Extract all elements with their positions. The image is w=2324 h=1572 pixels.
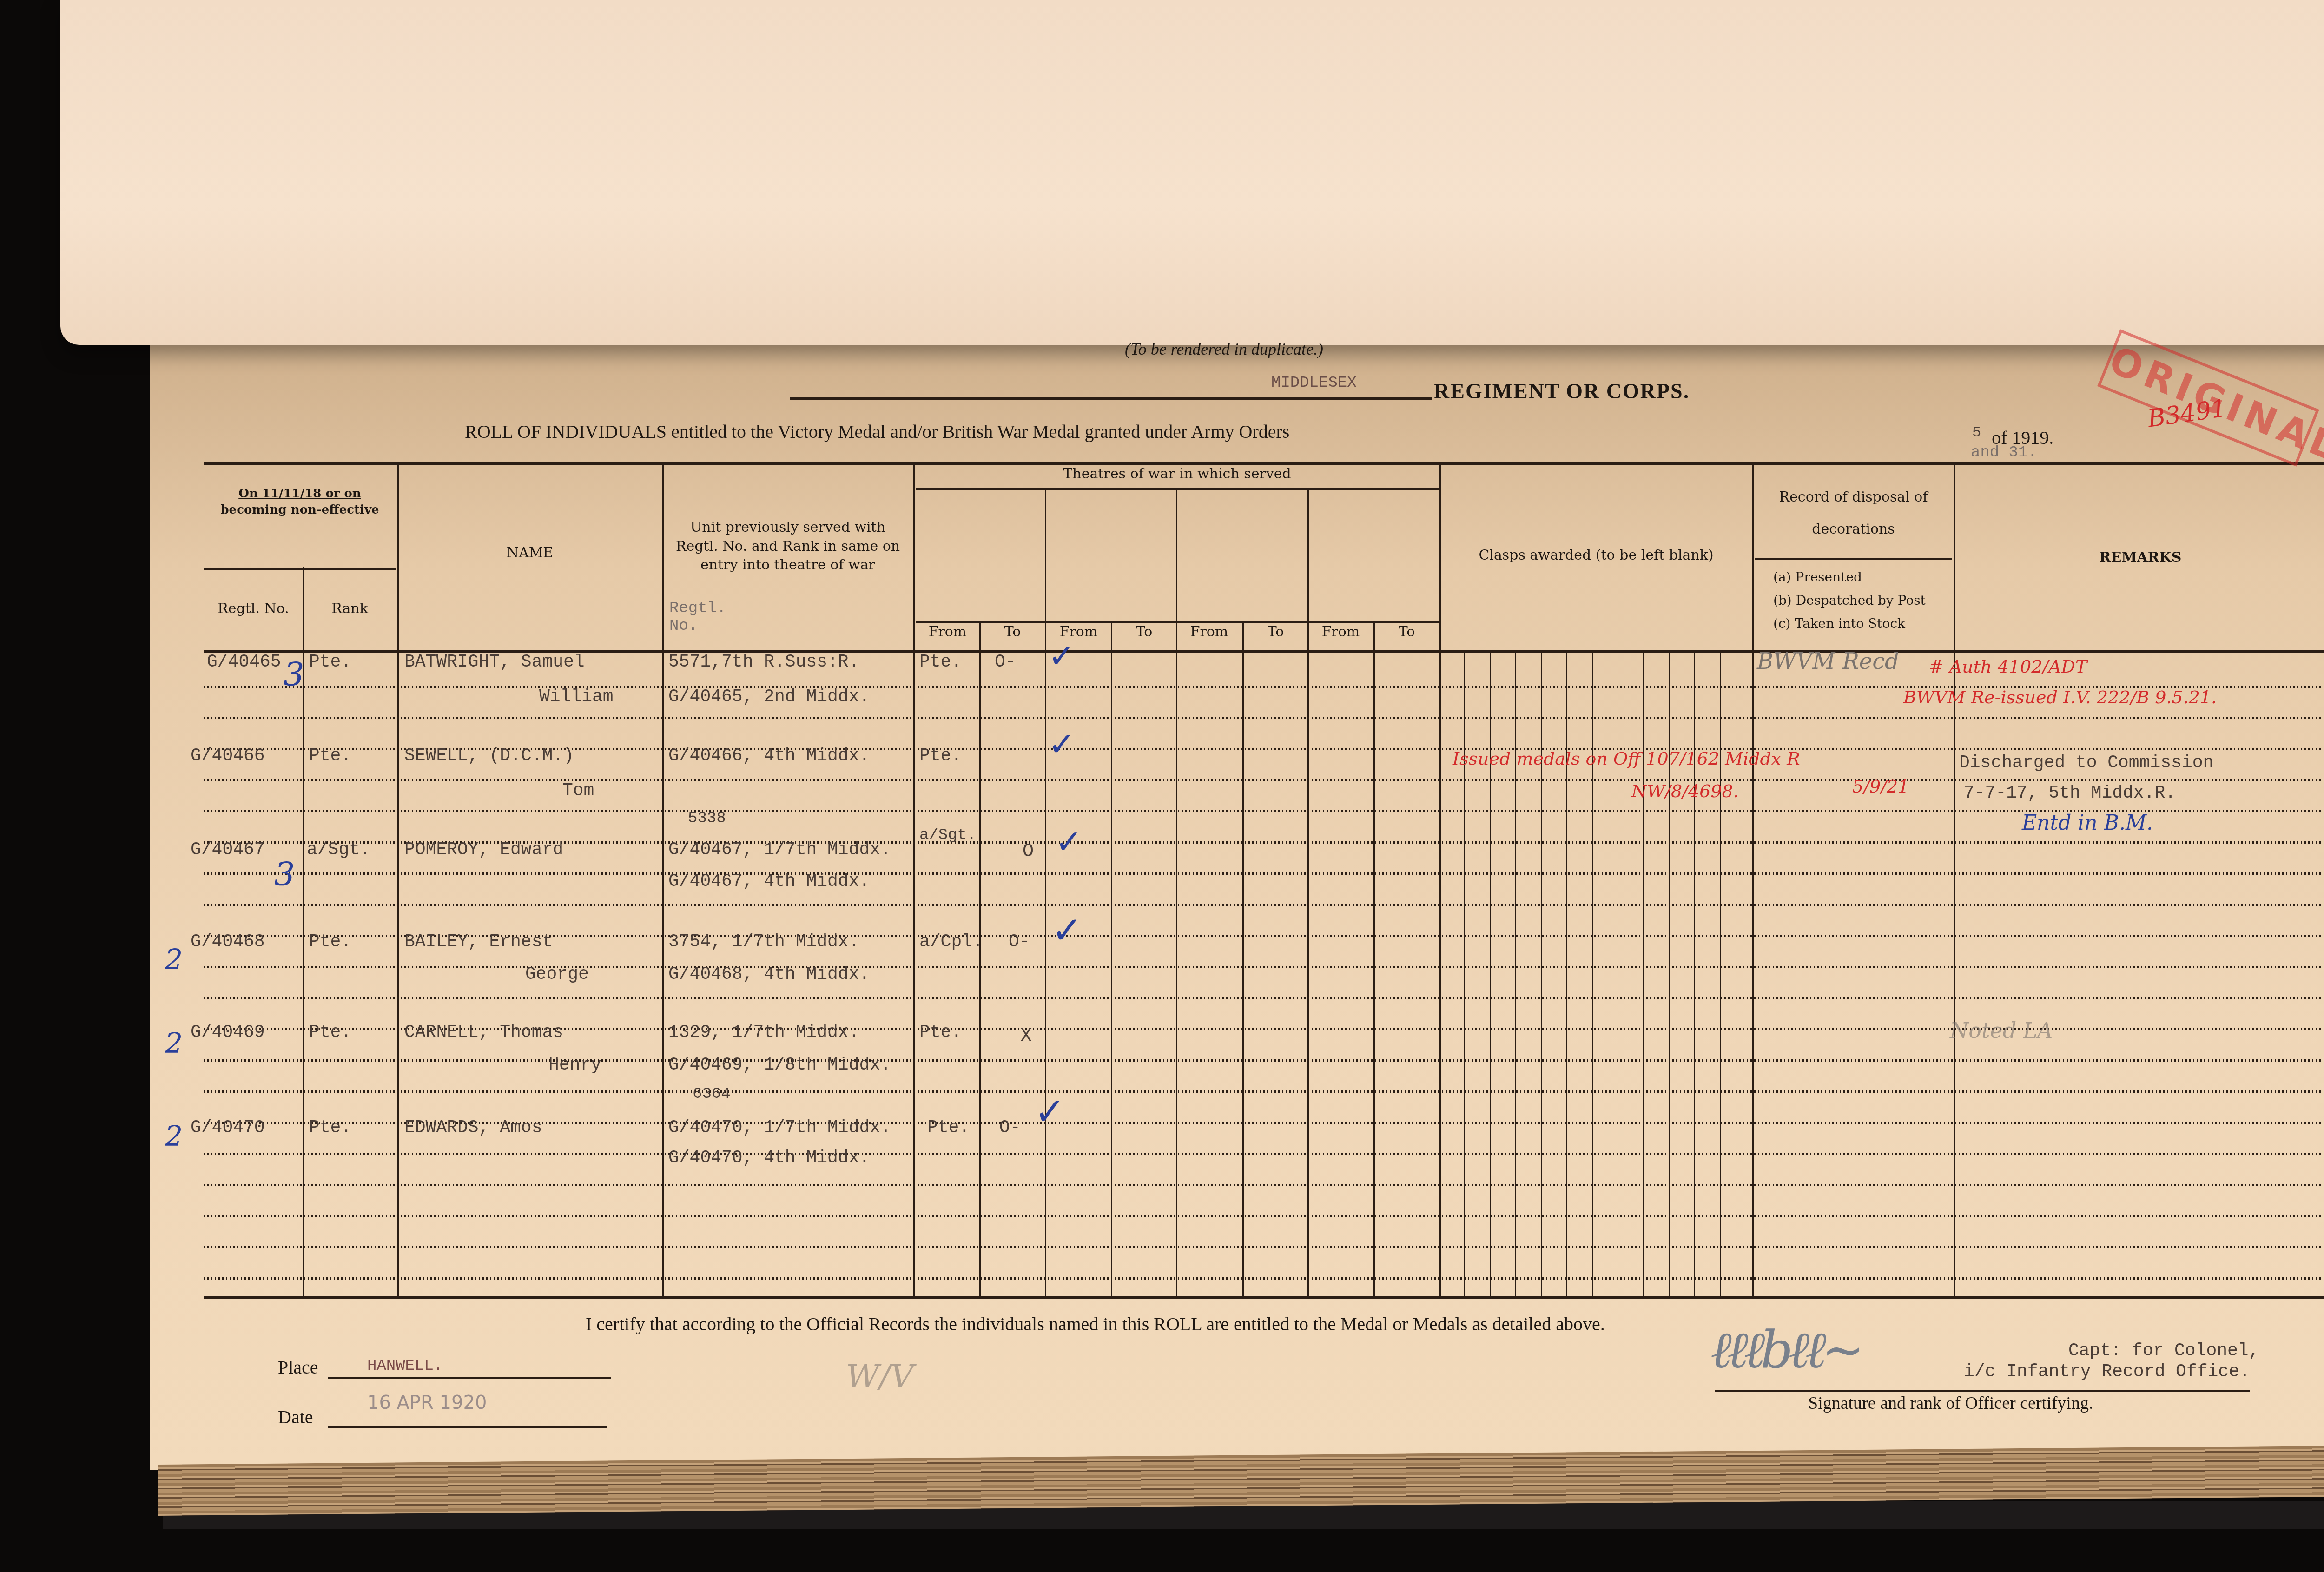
header-from: From	[1309, 623, 1373, 642]
header-to: To	[1112, 623, 1176, 642]
col-divider	[1439, 462, 1441, 1297]
row6-margin-note: 2	[165, 1120, 183, 1153]
row5-forename: Henry	[548, 1055, 601, 1075]
row5-regtl-no: G/40469	[191, 1023, 265, 1043]
row3-tick-icon: ✓	[1055, 823, 1083, 861]
row-rule	[204, 717, 2323, 719]
row1-unit-line2: G/40465, 2nd Middx.	[668, 687, 870, 707]
col-divider	[1307, 488, 1309, 1297]
regiment-value: MIDDLESEX	[1271, 374, 1357, 392]
row1-remarks-line1: # Auth 4102/ADT	[1929, 656, 2087, 677]
regiment-underline	[790, 397, 1432, 400]
row4-unit-line1: 3754, 1/7th Middx.	[668, 932, 859, 952]
date-label: Date	[278, 1406, 313, 1428]
row1-tick-icon: ✓	[1048, 637, 1076, 675]
row2-remarks-line1: Discharged to Commission	[1959, 753, 2213, 773]
row2-remarks-line2: 7-7-17, 5th Middx.R.	[1964, 783, 2176, 803]
row2-remarks-line3: Entd in B.M.	[2022, 811, 2153, 835]
row1-prev-rank: Pte.	[919, 652, 962, 672]
army-order-number: 5	[1972, 424, 1981, 441]
table-bottom-rule	[204, 1296, 2324, 1299]
col-divider	[662, 462, 664, 1297]
row1-regtl-no: G/40465	[207, 652, 281, 672]
col-divider	[397, 462, 399, 1297]
col-divider	[1242, 623, 1244, 1297]
row5-prev-rank: Pte.	[919, 1023, 962, 1043]
row-rule	[204, 779, 2323, 781]
row5-surname: CARNELL, Thomas	[404, 1023, 563, 1043]
header-remarks: REMARKS	[1957, 548, 2324, 568]
row-rule	[204, 1246, 2323, 1248]
row-rule	[204, 1153, 2323, 1155]
row-rule	[204, 1090, 2323, 1093]
row3-surname: POMEROY, Edward	[404, 840, 563, 860]
row5-rank: Pte.	[309, 1023, 351, 1043]
header-disposal: Record of disposal of decorations	[1757, 481, 1950, 545]
row6-regtl-no: G/40470	[191, 1118, 265, 1138]
row1-surname: BATWRIGHT, Samuel	[404, 652, 585, 672]
row1-unit-line1: 5571,7th R.Suss:R.	[668, 652, 859, 672]
row2-clasps-note2: NW/8/4698.	[1631, 781, 1739, 801]
header-from: From	[1177, 623, 1241, 642]
facing-page-curl	[60, 0, 2324, 345]
header-theatres: Theatres of war in which served	[916, 465, 1439, 484]
place-value: HANWELL.	[367, 1357, 443, 1375]
row4-forename: George	[525, 964, 589, 984]
signer-office: i/c Infantry Record Office.	[1964, 1362, 2250, 1382]
row3-regtl-no: G/40467	[191, 840, 265, 860]
row2-unit-line1: G/40466, 4th Middx.	[668, 746, 870, 766]
row6-prev-rank: Pte.	[927, 1118, 970, 1138]
header-to: To	[1244, 623, 1307, 642]
row1-margin-note: 3	[284, 655, 304, 694]
certification-text: I certify that according to the Official…	[586, 1313, 1605, 1335]
row-rule	[204, 1277, 2323, 1280]
header-to: To	[981, 623, 1044, 642]
duplicate-note: (To be rendered in duplicate.)	[1125, 339, 1323, 359]
row4-tick-icon: ✓	[1051, 909, 1083, 952]
row-rule	[204, 1184, 2323, 1186]
col-divider	[913, 462, 915, 1297]
row6-tick-icon: ✓	[1034, 1090, 1065, 1133]
signature-line	[1715, 1390, 2250, 1392]
row-rule	[204, 997, 2323, 999]
row2-prev-rank: Pte.	[919, 746, 962, 766]
row4-unit-line2: G/40468, 4th Middx.	[668, 964, 870, 984]
col-divider	[1045, 488, 1046, 1297]
col-divider	[979, 623, 981, 1297]
date-underline	[328, 1426, 607, 1428]
row-rule	[204, 1215, 2323, 1217]
row4-prev-rank: a/Cpl.	[919, 932, 983, 952]
header-effective-group: On 11/11/18 or on becoming non-effective	[205, 486, 395, 518]
col-divider	[1111, 623, 1112, 1297]
row3-theatre-mark: O	[1023, 841, 1034, 862]
row4-theatre-mark: O-	[1009, 932, 1030, 952]
row6-unit-line2: G/40470, 4th Middx.	[668, 1148, 870, 1168]
roll-title: ROLL OF INDIVIDUALS entitled to the Vict…	[465, 421, 1289, 443]
place-label: Place	[278, 1356, 318, 1378]
col-divider	[1176, 488, 1177, 1297]
row2-regtl-no: G/40466	[191, 746, 265, 766]
row6-theatre-mark: O-	[999, 1118, 1021, 1138]
row3-prev-rank: a/Sgt.	[919, 826, 976, 844]
row5-remarks-pencil: Noted LA	[1950, 1018, 2053, 1043]
row5-theatre-mark: X	[1020, 1025, 1032, 1047]
row2-tick-icon: ✓	[1048, 725, 1076, 763]
header-clasps: Clasps awarded (to be left blank)	[1441, 546, 1751, 565]
row-rule	[204, 966, 2323, 968]
header-unit-regtl-no: Regtl. No.	[669, 600, 706, 635]
row1-disposal: BWVM Recd	[1757, 648, 1899, 674]
row3-unit-line2: G/40467, 4th Middx.	[668, 872, 870, 892]
officer-signature: ℓℓℓbℓℓ~	[1710, 1320, 1860, 1380]
row6-unit-prefix: 6364	[693, 1085, 731, 1103]
row4-rank: Pte.	[309, 932, 351, 952]
row4-regtl-no: G/40468	[191, 932, 265, 952]
row3-rank: a/Sgt.	[307, 840, 370, 860]
regiment-label: REGIMENT OR CORPS.	[1434, 379, 1690, 403]
row5-unit-line2: G/40469, 1/8th Middx.	[668, 1055, 891, 1075]
row4-margin-note: 2	[165, 944, 183, 976]
row3-margin-note: 3	[274, 855, 295, 893]
col-divider	[1373, 623, 1375, 1297]
date-stamp: 16 APR 1920	[367, 1392, 487, 1413]
row2-clasps-date: 5/9/21	[1852, 776, 1909, 797]
row3-unit-line1: G/40467, 1/7th Middx.	[668, 840, 891, 860]
col-divider	[1954, 462, 1955, 1297]
header-unit-previous: Unit previously served with Regtl. No. a…	[669, 518, 906, 575]
row1-rank: Pte.	[309, 652, 351, 672]
col-divider	[1752, 462, 1754, 1297]
army-order-and: and 31.	[1971, 444, 2037, 462]
header-rank: Rank	[304, 600, 395, 619]
row6-surname: EDWARDS, Amos	[404, 1118, 542, 1138]
row-rule	[204, 810, 2323, 812]
header-disposal-a: (a) Presented	[1773, 569, 1862, 585]
header-disposal-b: (b) Despatched by Post	[1773, 593, 1926, 608]
ledger-page	[150, 345, 2324, 1470]
row6-rank: Pte.	[309, 1118, 351, 1138]
header-disposal-c: (c) Taken into Stock	[1773, 616, 1905, 631]
row6-unit-line1: G/40470, 1/7th Middx.	[668, 1118, 891, 1138]
header-regtl-no: Regtl. No.	[205, 600, 302, 619]
signer-rank: Capt: for Colonel,	[2068, 1341, 2259, 1361]
row3-unit-prefix: 5338	[688, 810, 726, 827]
effective-subrule	[204, 568, 396, 570]
header-name: NAME	[400, 544, 660, 563]
row-rule	[204, 872, 2323, 875]
row1-theatre-mark: O-	[995, 652, 1016, 672]
row2-surname: SEWELL, (D.C.M.)	[404, 746, 574, 766]
initials: W/V	[846, 1357, 914, 1395]
row-rule	[204, 1059, 2323, 1062]
row1-forename: William	[539, 687, 614, 707]
row2-rank: Pte.	[309, 746, 351, 766]
row2-forename: Tom	[562, 781, 594, 801]
row5-unit-line1: 1329, 1/7th Middx.	[668, 1023, 859, 1043]
header-to: To	[1375, 623, 1439, 642]
row4-surname: BAILEY, Ernest	[404, 932, 553, 952]
row-rule	[204, 904, 2323, 906]
theatres-subrule	[916, 488, 1439, 490]
row5-margin-note: 2	[165, 1027, 183, 1060]
place-underline	[328, 1377, 611, 1379]
header-from: From	[916, 623, 979, 642]
disposal-subrule	[1755, 558, 1952, 560]
row2-clasps-note: Issued medals on Off 107/162 Middx R	[1452, 748, 1800, 769]
signature-label: Signature and rank of Officer certifying…	[1808, 1393, 2093, 1413]
row1-remarks-line2: BWVM Re-issued I.V. 222/B 9.5.21.	[1903, 687, 2217, 707]
